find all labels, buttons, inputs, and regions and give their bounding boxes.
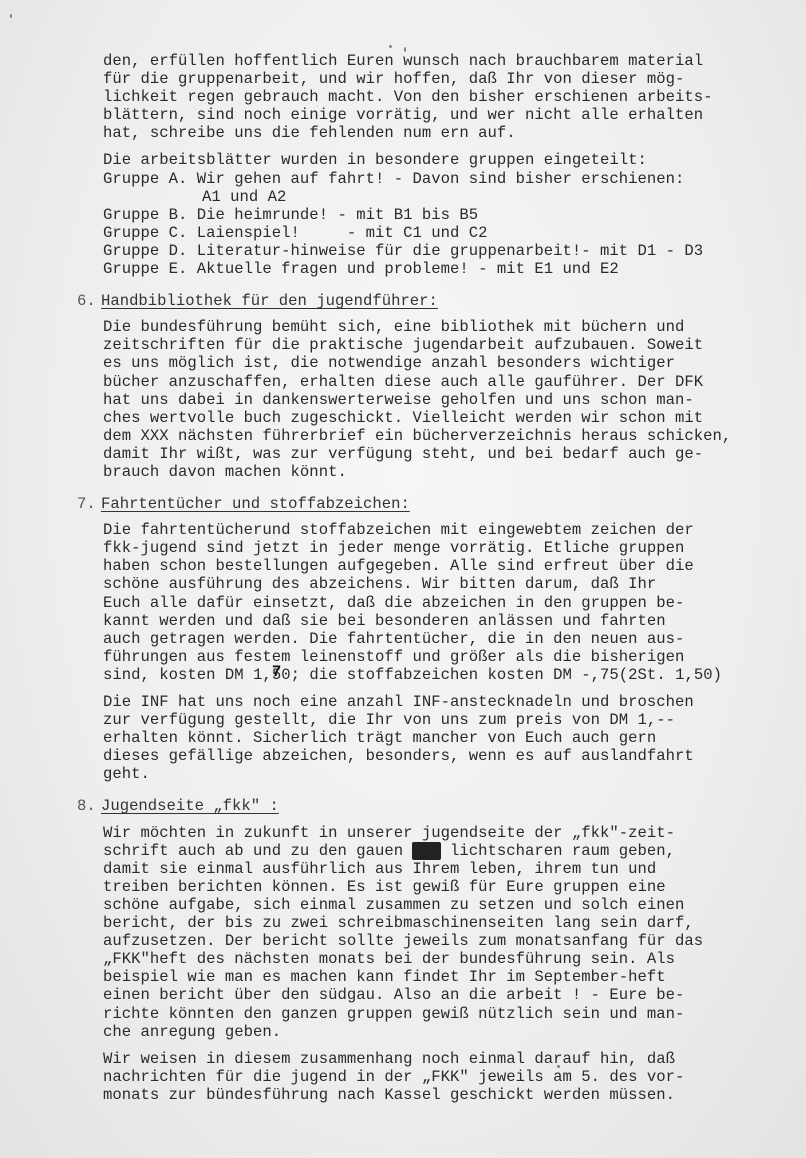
section-title: Jugendseite „fkk" :: [101, 797, 279, 815]
text-line: zeitschriften für die praktische jugenda…: [103, 336, 793, 354]
text-line: es uns möglich ist, die notwendige anzah…: [103, 354, 793, 372]
text-line: „FKK"heft des nächsten monats bei der bu…: [103, 950, 793, 968]
text-line: damit Ihr wißt, was zur verfügung steht,…: [103, 445, 793, 463]
struck-word: und: [412, 842, 440, 860]
text-line: blättern, sind noch einige vorrätig, und…: [103, 106, 793, 124]
text-line: schöne aufgabe, sich einmal zusammen zu …: [103, 896, 793, 914]
section-heading: 6.Handbibliothek für den jugendführer:: [101, 292, 793, 310]
text-line: dem XXX nächsten führerbrief ein bücherv…: [103, 427, 793, 445]
text-line: Die bundesführung bemüht sich, eine bibl…: [103, 318, 793, 336]
price-line: sind, kosten DM 1,570; die stoffabzeiche…: [103, 666, 793, 684]
text-line: treiben berichten können. Es ist gewiß f…: [103, 878, 793, 896]
group-entry: Gruppe D. Literatur-hinweise für die gru…: [103, 242, 793, 260]
text-line: Euch alle dafür einsetzt, daß die abzeic…: [103, 594, 793, 612]
section-heading: 7.Fahrtentücher und stoffabzeichen:: [101, 495, 793, 513]
text-line: bücher anzuschaffen, erhalten diese auch…: [103, 373, 793, 391]
section-heading: 8.Jugendseite „fkk" :: [101, 797, 793, 815]
paragraph: Die fahrtentücherund stoffabzeichen mit …: [103, 521, 793, 684]
ink-speck: [389, 45, 392, 48]
text-line: lichkeit regen gebrauch macht. Von den b…: [103, 88, 793, 106]
text-line: monats zur bündesführung nach Kassel ges…: [103, 1086, 793, 1104]
text-line-with-strike: schrift auch ab und zu den gauen und lic…: [103, 842, 793, 860]
group-entry: Gruppe A. Wir gehen auf fahrt! - Davon s…: [103, 170, 793, 188]
text-line: kannt werden und daß sie bei besonderen …: [103, 612, 793, 630]
document-body: den, erfüllen hoffentlich Euren wunsch n…: [103, 52, 793, 1113]
sections: 6.Handbibliothek für den jugendführer:Di…: [103, 292, 793, 1104]
text-line: einen bericht über den südgau. Also an d…: [103, 986, 793, 1004]
section-number: 8.: [77, 797, 96, 815]
text-line: damit sie einmal ausführlich aus Ihrem l…: [103, 860, 793, 878]
text-line: schöne ausführung des abzeichens. Wir bi…: [103, 575, 793, 593]
text-line: hat uns dabei in dankenswerterweise geho…: [103, 391, 793, 409]
section-number: 7.: [77, 495, 96, 513]
paragraph: Wir möchten in zukunft in unserer jugend…: [103, 824, 793, 1041]
text-line: haben schon bestellungen aufgegeben. All…: [103, 557, 793, 575]
text-line: brauch davon machen könnt.: [103, 463, 793, 481]
text-line: bericht, der bis zu zwei schreibmaschine…: [103, 914, 793, 932]
text-line: zur verfügung gestellt, die Ihr von uns …: [103, 711, 793, 729]
paragraph: Die bundesführung bemüht sich, eine bibl…: [103, 318, 793, 481]
section-7: 7.Fahrtentücher und stoffabzeichen:Die f…: [103, 495, 793, 783]
overtyped-digit: 57: [272, 666, 281, 684]
paragraph: Wir weisen in diesem zusammenhang noch e…: [103, 1050, 793, 1104]
text-line: dieses gefällige abzeichen, besonders, w…: [103, 747, 793, 765]
text-line: auch getragen werden. Die fahrtentücher,…: [103, 630, 793, 648]
correction-digit: 7: [272, 663, 281, 681]
text-line: Die INF hat uns noch eine anzahl INF-ans…: [103, 693, 793, 711]
text-line: fkk-jugend sind jetzt in jeder menge vor…: [103, 539, 793, 557]
section-8: 8.Jugendseite „fkk" :Wir möchten in zuku…: [103, 797, 793, 1104]
section-title: Fahrtentücher und stoffabzeichen:: [101, 495, 410, 513]
ink-speck: [10, 14, 12, 18]
group-entry-continuation: A1 und A2: [103, 188, 793, 206]
text-line: richte könnten den ganzen gruppen gewiß …: [103, 1005, 793, 1023]
text-line: Die fahrtentücherund stoffabzeichen mit …: [103, 521, 793, 539]
group-entry: Gruppe E. Aktuelle fragen und probleme! …: [103, 260, 793, 278]
intro-paragraph: den, erfüllen hoffentlich Euren wunsch n…: [103, 52, 793, 142]
text-line: für die gruppenarbeit, und wir hoffen, d…: [103, 70, 793, 88]
group-list: Die arbeitsblätter wurden in besondere g…: [103, 151, 793, 278]
text-line: che anregung geben.: [103, 1023, 793, 1041]
text-line: geht.: [103, 765, 793, 783]
text-line: aufzusetzen. Der bericht sollte jeweils …: [103, 932, 793, 950]
text-line: den, erfüllen hoffentlich Euren wunsch n…: [103, 52, 793, 70]
paragraph: Die INF hat uns noch eine anzahl INF-ans…: [103, 693, 793, 783]
group-entry: Gruppe B. Die heimrunde! - mit B1 bis B5: [103, 206, 793, 224]
text-line: ches wertvolle buch zugeschickt. Viellei…: [103, 409, 793, 427]
section-number: 6.: [77, 292, 96, 310]
groups-intro: Die arbeitsblätter wurden in besondere g…: [103, 151, 793, 169]
text-line: erhalten könnt. Sicherlich trägt mancher…: [103, 729, 793, 747]
section-6: 6.Handbibliothek für den jugendführer:Di…: [103, 292, 793, 481]
text-line: Wir möchten in zukunft in unserer jugend…: [103, 824, 793, 842]
group-entry: Gruppe C. Laienspiel! - mit C1 und C2: [103, 224, 793, 242]
text-line: beispiel wie man es machen kann findet I…: [103, 968, 793, 986]
section-title: Handbibliothek für den jugendführer:: [101, 292, 438, 310]
text-line: nachrichten für die jugend in der „FKK" …: [103, 1068, 793, 1086]
typewritten-page: den, erfüllen hoffentlich Euren wunsch n…: [0, 0, 806, 1158]
text-line: führungen aus festem leinenstoff und grö…: [103, 648, 793, 666]
text-line: hat, schreibe uns die fehlenden num ern …: [103, 124, 793, 142]
text-line: Wir weisen in diesem zusammenhang noch e…: [103, 1050, 793, 1068]
